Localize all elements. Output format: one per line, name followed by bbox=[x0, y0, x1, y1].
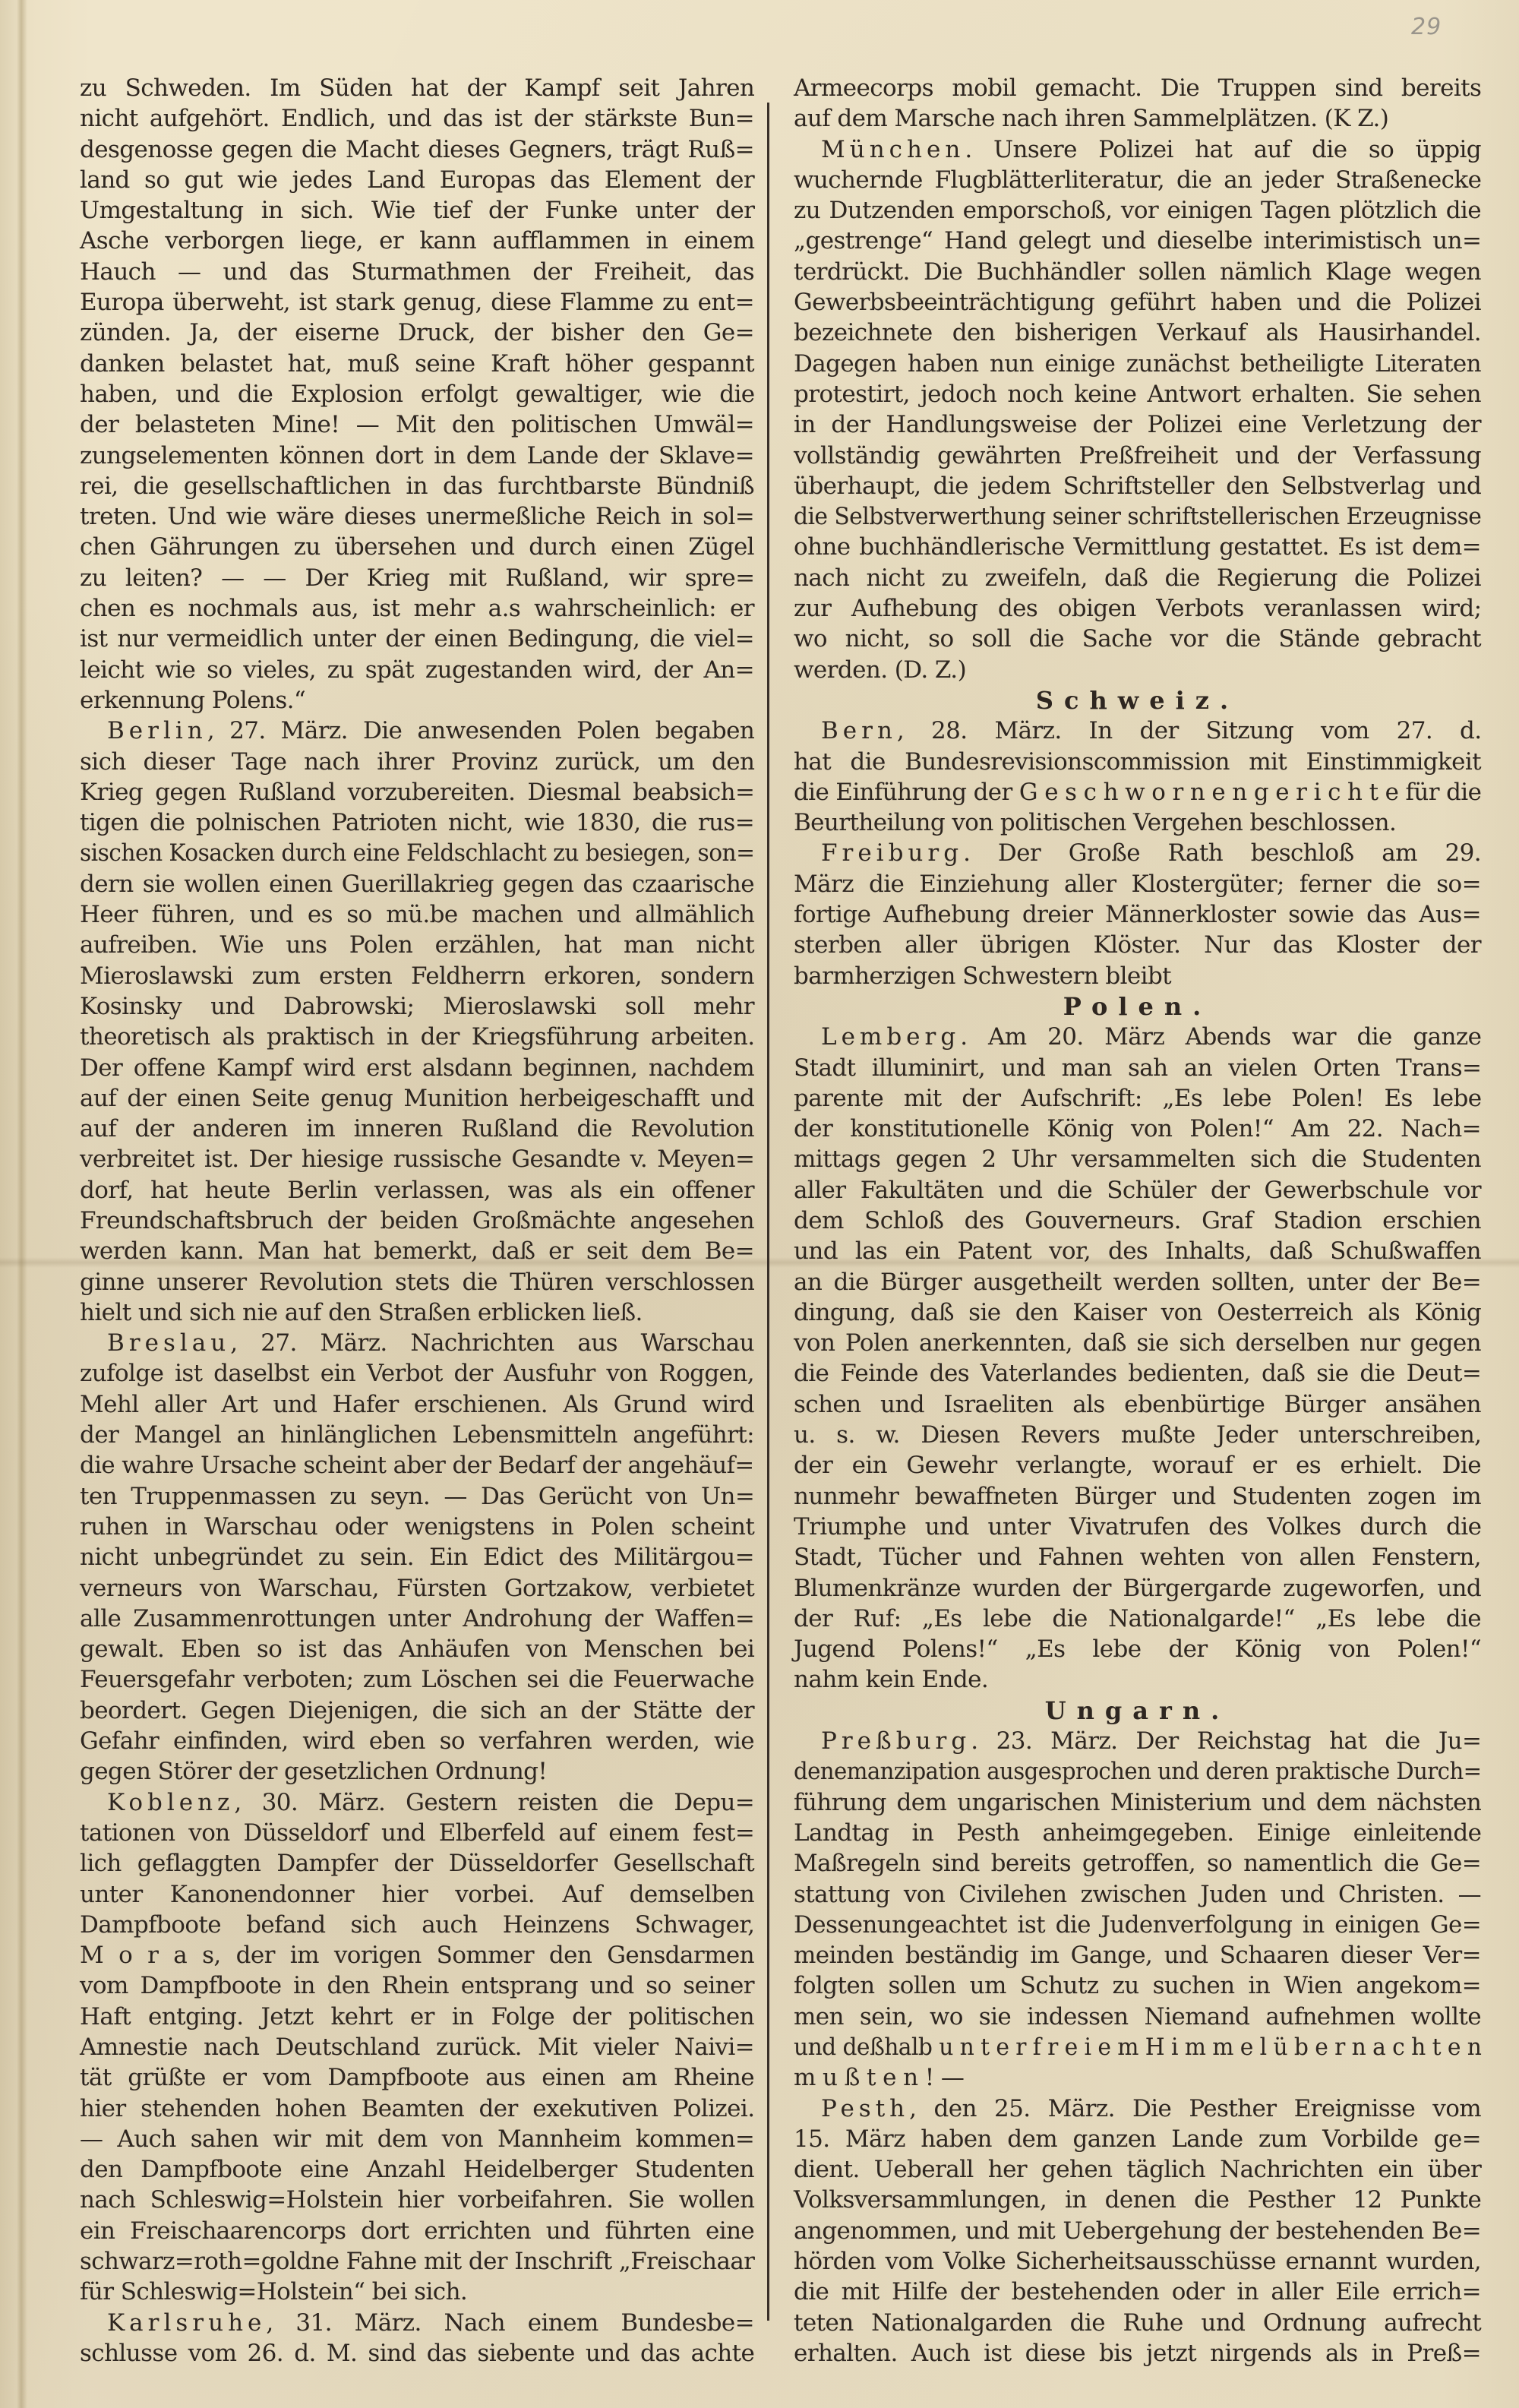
line-text: vom Dampfboote in den Rhein entsprang un… bbox=[80, 1972, 754, 1999]
text-line: überhaupt, die jedem Schriftsteller den … bbox=[794, 471, 1481, 501]
text-line: Volksversammlungen, in denen die Pesther… bbox=[794, 2185, 1481, 2215]
text-line: der ein Gewehr verlangte, worauf er es e… bbox=[794, 1450, 1481, 1481]
article-dateline: München. Unsere Polizei hat auf die so ü… bbox=[794, 134, 1481, 165]
column-divider-rule bbox=[767, 103, 769, 2321]
line-text: Haft entging. Jetzt kehrt er in Folge de… bbox=[80, 2003, 754, 2030]
line-text: dingung, daß sie den Kaiser von Oesterre… bbox=[794, 1299, 1481, 1326]
dateline-place: Bern bbox=[821, 717, 897, 744]
line-text: Kosinsky und Dabrowski; Mieroslawski sol… bbox=[80, 993, 754, 1020]
line-text: land so gut wie jedes Land Europas das E… bbox=[80, 166, 754, 194]
dateline-place: Lemberg bbox=[821, 1023, 960, 1051]
text-line: unter Kanonendonner hier vorbei. Auf dem… bbox=[80, 1879, 754, 1910]
line-text: zu Schweden. Im Süden hat der Kampf seit… bbox=[80, 74, 754, 102]
text-line: für Schleswig=Holstein“ bei sich. bbox=[80, 2277, 754, 2307]
article-dateline: Karlsruhe, 31. März. Nach einem Bundesbe… bbox=[80, 2308, 754, 2338]
left-text-column: zu Schweden. Im Süden hat der Kampf seit… bbox=[80, 73, 754, 2368]
line-text: ruhen in Warschau oder wenigstens in Pol… bbox=[80, 1513, 754, 1541]
line-text: Europa überweht, ist stark genug, diese … bbox=[80, 289, 754, 316]
text-line: Krieg gegen Rußland vorzubereiten. Diesm… bbox=[80, 777, 754, 807]
line-text: und las ein Patent vor, des Inhalts, daß… bbox=[794, 1237, 1481, 1265]
text-line: angenommen, und mit Uebergehung der best… bbox=[794, 2216, 1481, 2246]
text-line: Jugend Polens!“ „Es lebe der König von P… bbox=[794, 1634, 1481, 1664]
line-text: denemanzipation ausgesprochen und deren … bbox=[794, 1758, 1482, 1785]
text-line: zufolge ist daselbst ein Verbot der Ausf… bbox=[80, 1358, 754, 1389]
text-line: Haft entging. Jetzt kehrt er in Folge de… bbox=[80, 2002, 754, 2032]
text-line: März die Einziehung aller Klostergüter; … bbox=[794, 869, 1481, 899]
text-line: erhalten. Auch ist diese bis jetzt nirge… bbox=[794, 2338, 1481, 2368]
text-line: Kosinsky und Dabrowski; Mieroslawski sol… bbox=[80, 991, 754, 1022]
line-text: meinden beständig im Gange, und Schaaren… bbox=[794, 1942, 1481, 1969]
line-text: 15. März haben dem ganzen Lande zum Vorb… bbox=[794, 2125, 1481, 2153]
text-line: ginne unserer Revolution stets die Thüre… bbox=[80, 1267, 754, 1297]
line-text: Landtag in Pesth anheimgegeben. Einige e… bbox=[794, 1819, 1481, 1847]
text-line: erkennung Polens.“ bbox=[80, 685, 754, 716]
line-text: unter Kanonendonner hier vorbei. Auf dem… bbox=[80, 1881, 754, 1908]
dateline-place: Preßburg bbox=[821, 1727, 971, 1755]
text-line: teten Nationalgarden die Ruhe und Ordnun… bbox=[794, 2308, 1481, 2338]
text-line: zungselementen können dort in dem Lande … bbox=[80, 441, 754, 471]
text-line: parente mit der Aufschrift: „Es lebe Pol… bbox=[794, 1083, 1481, 1114]
line-text: Stadt, Tücher und Fahnen wehten von alle… bbox=[794, 1544, 1481, 1571]
text-line: die wahre Ursache scheint aber der Bedar… bbox=[80, 1450, 754, 1481]
text-line: nach Schleswig=Holstein hier vorbeifahre… bbox=[80, 2185, 754, 2215]
line-text: haben, und die Explosion erfolgt gewalti… bbox=[80, 381, 755, 408]
line-text: u. s. w. Diesen Revers mußte Jeder unter… bbox=[794, 1421, 1481, 1449]
line-text: rei, die gesellschaftlichen in das furch… bbox=[80, 472, 754, 500]
text-line: barmherzigen Schwestern bleibt bbox=[794, 961, 1481, 991]
text-line: zur Aufhebung des obigen Verbots veranla… bbox=[794, 593, 1481, 624]
line-text: Der offene Kampf wird erst alsdann begin… bbox=[80, 1054, 754, 1082]
text-line: haben, und die Explosion erfolgt gewalti… bbox=[80, 379, 754, 409]
line-text: , 27. März. Die anwesenden Polen begaben bbox=[207, 717, 754, 744]
line-text: chen es nochmals aus, ist mehr a.s wahrs… bbox=[80, 595, 754, 622]
line-text: parente mit der Aufschrift: „Es lebe Pol… bbox=[794, 1085, 1481, 1112]
line-text: schlusse vom 26. d. M. sind das siebente… bbox=[80, 2340, 754, 2367]
text-line: mittags gegen 2 Uhr versammelten sich di… bbox=[794, 1144, 1481, 1174]
line-text: der belasteten Mine! — Mit den politisch… bbox=[80, 411, 754, 438]
line-text: nicht unbegründet zu sein. Ein Edict des… bbox=[80, 1544, 754, 1571]
line-text: m u ß t e n ! — bbox=[794, 2064, 964, 2091]
line-text: Mehl aller Art und Hafer erschienen. Als… bbox=[80, 1391, 754, 1418]
dateline-place: Berlin bbox=[107, 717, 207, 744]
line-text: werden kann. Man hat bemerkt, daß er sei… bbox=[80, 1237, 754, 1265]
line-text: schen und Israeliten als ebenbürtige Bür… bbox=[794, 1391, 1481, 1418]
text-line: Triumphe und unter Vivatrufen des Volkes… bbox=[794, 1512, 1481, 1542]
text-line: tät grüßte er vom Dampfboote aus einen a… bbox=[80, 2062, 754, 2093]
text-line: stattung von Civilehen zwischen Juden un… bbox=[794, 1879, 1481, 1910]
line-text: März die Einziehung aller Klostergüter; … bbox=[794, 871, 1481, 898]
text-line: chen es nochmals aus, ist mehr a.s wahrs… bbox=[80, 593, 754, 624]
article-dateline: Koblenz, 30. März. Gestern reisten die D… bbox=[80, 1787, 754, 1818]
text-line: nahm kein Ende. bbox=[794, 1664, 1481, 1695]
line-text: angenommen, und mit Uebergehung der best… bbox=[794, 2217, 1481, 2245]
line-text: theoretisch als praktisch in der Kriegsf… bbox=[80, 1023, 755, 1051]
line-text: , 31. März. Nach einem Bundesbe= bbox=[266, 2309, 754, 2337]
text-line: nach nicht zu zweifeln, daß die Regierun… bbox=[794, 563, 1481, 593]
line-text: hielt und sich nie auf den Straßen erbli… bbox=[80, 1299, 643, 1326]
text-line: alle Zusammenrottungen unter Androhung d… bbox=[80, 1604, 754, 1634]
article-dateline: Breslau, 27. März. Nachrichten aus Warsc… bbox=[80, 1328, 754, 1358]
line-text: hörden vom Volke Sicherheitsausschüsse e… bbox=[794, 2248, 1481, 2275]
text-line: der Mangel an hinlänglichen Lebensmittel… bbox=[80, 1420, 754, 1450]
page-number: 29 bbox=[1411, 14, 1442, 40]
line-text: lich geflaggten Dampfer der Düsseldorfer… bbox=[80, 1850, 754, 1877]
line-text: schwarz=roth=goldne Fahne mit der Inschr… bbox=[80, 2248, 754, 2275]
line-text: Krieg gegen Rußland vorzubereiten. Diesm… bbox=[80, 779, 754, 806]
line-text: nach Schleswig=Holstein hier vorbeifahre… bbox=[80, 2186, 754, 2214]
line-text: auf dem Marsche nach ihren Sammelplätzen… bbox=[794, 105, 1388, 132]
line-text: „gestrenge“ Hand gelegt und dieselbe int… bbox=[794, 227, 1481, 254]
line-text: von Polen anerkennten, daß sie sich ders… bbox=[794, 1329, 1481, 1357]
text-line: tationen von Düsseldorf und Elberfeld au… bbox=[80, 1818, 754, 1848]
text-line: ein Freischaarencorps dort errichten und… bbox=[80, 2216, 754, 2246]
dateline-place: Pesth bbox=[821, 2095, 909, 2122]
text-line: Stadt, Tücher und Fahnen wehten von alle… bbox=[794, 1542, 1481, 1572]
dateline-place: Koblenz bbox=[107, 1789, 234, 1816]
text-line: zu Schweden. Im Süden hat der Kampf seit… bbox=[80, 73, 754, 103]
text-line: nicht unbegründet zu sein. Ein Edict des… bbox=[80, 1542, 754, 1572]
line-text: . Der Große Rath beschloß am 29. bbox=[963, 839, 1481, 867]
line-text: auf der einen Seite genug Munition herbe… bbox=[80, 1085, 754, 1112]
text-line: rei, die gesellschaftlichen in das furch… bbox=[80, 471, 754, 501]
text-line: vollständig gewährten Preßfreiheit und d… bbox=[794, 441, 1481, 471]
line-text: ein Freischaarencorps dort errichten und… bbox=[80, 2217, 754, 2245]
text-line: M o r a s, der im vorigen Sommer den Gen… bbox=[80, 1940, 754, 1970]
line-text: chen Gährungen zu übersehen und durch ei… bbox=[80, 533, 754, 561]
line-text: men sein, wo sie indessen Niemand aufneh… bbox=[794, 2003, 1481, 2030]
line-text: der ein Gewehr verlangte, worauf er es e… bbox=[794, 1452, 1481, 1479]
line-text: Heer führen, und es so mü.be machen und … bbox=[80, 901, 754, 928]
line-text: zufolge ist daselbst ein Verbot der Ausf… bbox=[80, 1360, 754, 1387]
text-line: auf dem Marsche nach ihren Sammelplätzen… bbox=[794, 103, 1481, 134]
line-text: für Schleswig=Holstein“ bei sich. bbox=[80, 2278, 467, 2305]
line-text: zungselementen können dort in dem Lande … bbox=[80, 442, 754, 469]
line-text: Mieroslawski zum ersten Feldherrn erkore… bbox=[80, 962, 754, 990]
line-text: fortige Aufhebung dreier Männerkloster s… bbox=[794, 901, 1481, 928]
line-text: . Am 20. März Abends war die ganze bbox=[960, 1023, 1481, 1051]
line-text: dorf, hat heute Berlin verlassen, was al… bbox=[80, 1177, 754, 1204]
line-text: vollständig gewährten Preßfreiheit und d… bbox=[794, 442, 1481, 469]
line-text: überhaupt, die jedem Schriftsteller den … bbox=[794, 472, 1481, 500]
text-line: und deßhalb u n t e r f r e i e m H i m … bbox=[794, 2032, 1481, 2062]
text-line: Blumenkränze wurden der Bürgergarde zuge… bbox=[794, 1573, 1481, 1604]
line-text: zu leiten? — — Der Krieg mit Rußland, wi… bbox=[80, 564, 755, 592]
text-line: Dagegen haben nun einige zunächst bethei… bbox=[794, 349, 1481, 379]
text-line: zu leiten? — — Der Krieg mit Rußland, wi… bbox=[80, 563, 754, 593]
text-line: der konstitutionelle König von Polen!“ A… bbox=[794, 1114, 1481, 1144]
line-text: an die Bürger ausgetheilt werden sollten… bbox=[794, 1269, 1481, 1296]
line-text: der Ruf: „Es lebe die Nationalgarde!“ „E… bbox=[794, 1605, 1481, 1632]
article-dateline: Bern, 28. März. In der Sitzung vom 27. d… bbox=[794, 716, 1481, 746]
text-line: ten Truppenmassen zu seyn. — Das Gerücht… bbox=[80, 1481, 754, 1512]
text-line: verbreitet ist. Der hiesige russische Ge… bbox=[80, 1144, 754, 1174]
line-text: Volksversammlungen, in denen die Pesther… bbox=[794, 2186, 1481, 2214]
text-line: tigen die polnischen Patrioten nicht, wi… bbox=[80, 807, 754, 838]
text-line: gewalt. Eben so ist das Anhäufen von Men… bbox=[80, 1634, 754, 1664]
text-line: ruhen in Warschau oder wenigstens in Pol… bbox=[80, 1512, 754, 1542]
line-text: . 23. März. Der Reichstag hat die Ju= bbox=[971, 1727, 1481, 1755]
line-text: danken belastet hat, muß seine Kraft höh… bbox=[80, 350, 754, 378]
text-line: aufreiben. Wie uns Polen erzählen, hat m… bbox=[80, 930, 754, 960]
line-text: , 28. März. In der Sitzung vom 27. d. bbox=[897, 717, 1482, 744]
text-line: in der Handlungsweise der Polizei eine V… bbox=[794, 409, 1481, 440]
line-text: gewalt. Eben so ist das Anhäufen von Men… bbox=[80, 1635, 754, 1663]
line-text: nach nicht zu zweifeln, daß die Regierun… bbox=[794, 564, 1481, 592]
section-heading: Schweiz. bbox=[794, 685, 1481, 716]
line-text: die mit Hilfe der bestehenden oder in al… bbox=[794, 2278, 1481, 2305]
text-line: hielt und sich nie auf den Straßen erbli… bbox=[80, 1297, 754, 1328]
line-text: zu Dutzenden emporschoß, vor einigen Tag… bbox=[794, 197, 1481, 224]
text-line: auf der anderen im inneren Rußland die R… bbox=[80, 1114, 754, 1144]
text-line: Amnestie nach Deutschland zurück. Mit vi… bbox=[80, 2032, 754, 2062]
line-text: Amnestie nach Deutschland zurück. Mit vi… bbox=[80, 2034, 754, 2061]
line-text: nunmehr bewaffneten Bürger und Studenten… bbox=[794, 1483, 1481, 1510]
line-text: wo nicht, so soll die Sache vor die Stän… bbox=[794, 625, 1481, 653]
line-text: Blumenkränze wurden der Bürgergarde zuge… bbox=[794, 1575, 1481, 1602]
right-text-column: Armeecorps mobil gemacht. Die Truppen si… bbox=[794, 73, 1481, 2368]
text-line: schlusse vom 26. d. M. sind das siebente… bbox=[80, 2338, 754, 2368]
section-heading: Polen. bbox=[794, 991, 1481, 1022]
line-text: Dampfboote befand sich auch Heinzens Sch… bbox=[80, 1911, 754, 1939]
line-text: terdrückt. Die Buchhändler sollen nämlic… bbox=[794, 258, 1481, 286]
text-line: Dampfboote befand sich auch Heinzens Sch… bbox=[80, 1910, 754, 1940]
text-line: folgten sollen um Schutz zu suchen in Wi… bbox=[794, 1970, 1481, 2001]
text-line: fortige Aufhebung dreier Männerkloster s… bbox=[794, 899, 1481, 930]
text-line: u. s. w. Diesen Revers mußte Jeder unter… bbox=[794, 1420, 1481, 1450]
text-line: zu Dutzenden emporschoß, vor einigen Tag… bbox=[794, 195, 1481, 226]
article-dateline: Berlin, 27. März. Die anwesenden Polen b… bbox=[80, 716, 754, 746]
text-line: — Auch sahen wir mit dem von Mannheim ko… bbox=[80, 2124, 754, 2154]
text-line: Armeecorps mobil gemacht. Die Truppen si… bbox=[794, 73, 1481, 103]
section-heading: Ungarn. bbox=[794, 1695, 1481, 1726]
line-text: erkennung Polens.“ bbox=[80, 687, 305, 714]
article-dateline: Freiburg. Der Große Rath beschloß am 29. bbox=[794, 838, 1481, 868]
text-line: dern sie wollen einen Guerillakrieg gege… bbox=[80, 869, 754, 899]
text-line: an die Bürger ausgetheilt werden sollten… bbox=[794, 1267, 1481, 1297]
line-text: gegen Störer der gesetzlichen Ordnung! bbox=[80, 1758, 547, 1785]
line-text: der Mangel an hinlänglichen Lebensmittel… bbox=[80, 1421, 754, 1449]
text-line: 15. März haben dem ganzen Lande zum Vorb… bbox=[794, 2124, 1481, 2154]
line-text: der konstitutionelle König von Polen!“ A… bbox=[794, 1115, 1481, 1142]
line-text: beordert. Gegen Diejenigen, die sich an … bbox=[80, 1697, 754, 1724]
text-line: und las ein Patent vor, des Inhalts, daß… bbox=[794, 1236, 1481, 1266]
text-line: hörden vom Volke Sicherheitsausschüsse e… bbox=[794, 2246, 1481, 2277]
text-line: dem Schloß des Gouverneurs. Graf Stadion… bbox=[794, 1206, 1481, 1236]
line-text: zünden. Ja, der eiserne Druck, der bishe… bbox=[80, 319, 754, 346]
line-text: Armeecorps mobil gemacht. Die Truppen si… bbox=[794, 74, 1481, 102]
line-text: Maßregeln sind bereits getroffen, so nam… bbox=[794, 1850, 1481, 1877]
line-text: hat die Bundesrevisionscommission mit Ei… bbox=[794, 748, 1481, 776]
line-text: dient. Ueberall her gehen täglich Nachri… bbox=[794, 2156, 1481, 2183]
line-text: erhalten. Auch ist diese bis jetzt nirge… bbox=[794, 2340, 1481, 2367]
line-text: nahm kein Ende. bbox=[794, 1666, 988, 1693]
text-line: Dessenungeachtet ist die Judenverfolgung… bbox=[794, 1910, 1481, 1940]
text-line: lich geflaggten Dampfer der Düsseldorfer… bbox=[80, 1848, 754, 1879]
text-line: terdrückt. Die Buchhändler sollen nämlic… bbox=[794, 257, 1481, 287]
text-line: Beurtheilung von politischen Vergehen be… bbox=[794, 807, 1481, 838]
text-line: Landtag in Pesth anheimgegeben. Einige e… bbox=[794, 1818, 1481, 1848]
text-line: men sein, wo sie indessen Niemand aufneh… bbox=[794, 2002, 1481, 2032]
line-text: dern sie wollen einen Guerillakrieg gege… bbox=[80, 871, 754, 898]
text-line: sischen Kosacken durch eine Feldschlacht… bbox=[80, 838, 754, 868]
line-text: in der Handlungsweise der Polizei eine V… bbox=[794, 411, 1481, 438]
line-text: M o r a s, der im vorigen Sommer den Gen… bbox=[80, 1942, 754, 1969]
line-text: wuchernde Flugblätterliteratur, die an j… bbox=[794, 166, 1481, 194]
line-text: Feuersgefahr verboten; zum Löschen sei d… bbox=[80, 1666, 754, 1693]
line-text: verneurs von Warschau, Fürsten Gortzakow… bbox=[80, 1575, 754, 1602]
line-text: sischen Kosacken durch eine Feldschlacht… bbox=[80, 839, 754, 867]
text-line: meinden beständig im Gange, und Schaaren… bbox=[794, 1940, 1481, 1970]
text-line: Hauch — und das Sturmathmen der Freiheit… bbox=[80, 257, 754, 287]
text-line: schen und Israeliten als ebenbürtige Bür… bbox=[794, 1389, 1481, 1420]
line-text: , 27. März. Nachrichten aus Warschau bbox=[230, 1329, 754, 1357]
text-line: sich dieser Tage nach ihrer Provinz zurü… bbox=[80, 747, 754, 777]
text-line: hat die Bundesrevisionscommission mit Ei… bbox=[794, 747, 1481, 777]
line-text: Dessenungeachtet ist die Judenverfolgung… bbox=[794, 1911, 1481, 1939]
text-line: treten. Und wie wäre dieses unermeßliche… bbox=[80, 501, 754, 532]
text-line: Gefahr einfinden, wird eben so verfahren… bbox=[80, 1726, 754, 1756]
line-text: aller Fakultäten und die Schüler der Gew… bbox=[794, 1177, 1481, 1204]
line-text: dem Schloß des Gouverneurs. Graf Stadion… bbox=[794, 1207, 1481, 1234]
line-text: aufreiben. Wie uns Polen erzählen, hat m… bbox=[80, 931, 754, 959]
text-line: Asche verborgen liege, er kann aufflamme… bbox=[80, 226, 754, 256]
text-line: führung dem ungarischen Ministerium und … bbox=[794, 1787, 1481, 1818]
text-line: Europa überweht, ist stark genug, diese … bbox=[80, 287, 754, 318]
text-line: werden. (D. Z.) bbox=[794, 655, 1481, 685]
text-line: land so gut wie jedes Land Europas das E… bbox=[80, 165, 754, 195]
line-text: ginne unserer Revolution stets die Thüre… bbox=[80, 1269, 754, 1296]
line-text: verbreitet ist. Der hiesige russische Ge… bbox=[80, 1146, 754, 1173]
text-line: m u ß t e n ! — bbox=[794, 2062, 1481, 2093]
line-text: sterben aller übrigen Klöster. Nur das K… bbox=[794, 931, 1481, 959]
line-text: Beurtheilung von politischen Vergehen be… bbox=[794, 809, 1396, 836]
text-line: Freundschaftsbruch der beiden Großmächte… bbox=[80, 1206, 754, 1236]
text-line: zünden. Ja, der eiserne Druck, der bishe… bbox=[80, 318, 754, 348]
line-text: führung dem ungarischen Ministerium und … bbox=[794, 1789, 1481, 1816]
article-dateline: Pesth, den 25. März. Die Pesther Ereigni… bbox=[794, 2094, 1481, 2124]
line-text: nicht aufgehört. Endlich, und das ist de… bbox=[80, 105, 754, 132]
line-text: mittags gegen 2 Uhr versammelten sich di… bbox=[794, 1146, 1481, 1173]
line-text: barmherzigen Schwestern bleibt bbox=[794, 962, 1171, 990]
line-text: ohne buchhändlerische Vermittlung gestat… bbox=[794, 533, 1481, 561]
text-line: dient. Ueberall her gehen täglich Nachri… bbox=[794, 2154, 1481, 2185]
line-text: zur Aufhebung des obigen Verbots veranla… bbox=[794, 595, 1481, 622]
line-text: Umgestaltung in sich. Wie tief der Funke… bbox=[80, 197, 754, 224]
line-text: den Dampfboote eine Anzahl Heidelberger … bbox=[80, 2156, 754, 2183]
text-line: wo nicht, so soll die Sache vor die Stän… bbox=[794, 624, 1481, 654]
text-line: protestirt, jedoch noch keine Antwort er… bbox=[794, 379, 1481, 409]
text-line: sterben aller übrigen Klöster. Nur das K… bbox=[794, 930, 1481, 960]
dateline-place: Freiburg bbox=[821, 839, 963, 867]
text-line: die mit Hilfe der bestehenden oder in al… bbox=[794, 2277, 1481, 2307]
text-line: aller Fakultäten und die Schüler der Gew… bbox=[794, 1175, 1481, 1206]
line-text: Stadt illuminirt, und man sah an vielen … bbox=[794, 1054, 1481, 1082]
text-line: die Selbstverwerthung seiner schriftstel… bbox=[794, 501, 1481, 532]
text-line: theoretisch als praktisch in der Kriegsf… bbox=[80, 1022, 754, 1052]
line-text: und deßhalb u n t e r f r e i e m H i m … bbox=[794, 2034, 1481, 2061]
line-text: hier stehenden hohen Beamten der exekuti… bbox=[80, 2095, 754, 2122]
line-text: sich dieser Tage nach ihrer Provinz zurü… bbox=[80, 748, 754, 776]
text-line: werden kann. Man hat bemerkt, daß er sei… bbox=[80, 1236, 754, 1266]
dateline-place: Breslau bbox=[107, 1329, 230, 1357]
text-line: dingung, daß sie den Kaiser von Oesterre… bbox=[794, 1297, 1481, 1328]
text-line: Mehl aller Art und Hafer erschienen. Als… bbox=[80, 1389, 754, 1420]
text-line: Gewerbsbeeinträchtigung geführt haben un… bbox=[794, 287, 1481, 318]
text-line: desgenosse gegen die Macht dieses Gegner… bbox=[80, 134, 754, 165]
text-line: der Ruf: „Es lebe die Nationalgarde!“ „E… bbox=[794, 1604, 1481, 1634]
line-text: , 30. März. Gestern reisten die Depu= bbox=[234, 1789, 754, 1816]
line-text: protestirt, jedoch noch keine Antwort er… bbox=[794, 381, 1481, 408]
line-text: tät grüßte er vom Dampfboote aus einen a… bbox=[80, 2064, 754, 2091]
line-text: tationen von Düsseldorf und Elberfeld au… bbox=[80, 1819, 754, 1847]
line-text: stattung von Civilehen zwischen Juden un… bbox=[794, 1881, 1481, 1908]
text-line: auf der einen Seite genug Munition herbe… bbox=[80, 1083, 754, 1114]
text-line: hier stehenden hohen Beamten der exekuti… bbox=[80, 2094, 754, 2124]
line-text: Gefahr einfinden, wird eben so verfahren… bbox=[80, 1727, 754, 1755]
line-text: tigen die polnischen Patrioten nicht, wi… bbox=[80, 809, 754, 836]
text-line: Der offene Kampf wird erst alsdann begin… bbox=[80, 1053, 754, 1083]
text-line: nunmehr bewaffneten Bürger und Studenten… bbox=[794, 1481, 1481, 1512]
line-text: alle Zusammenrottungen unter Androhung d… bbox=[80, 1605, 754, 1632]
text-line: denemanzipation ausgesprochen und deren … bbox=[794, 1756, 1481, 1787]
line-text: . Unsere Polizei hat auf die so üppig bbox=[965, 136, 1481, 163]
line-text: ist nur vermeidlich unter der einen Bedi… bbox=[80, 625, 754, 653]
article-dateline: Preßburg. 23. März. Der Reichstag hat di… bbox=[794, 1726, 1481, 1756]
line-text: werden. (D. Z.) bbox=[794, 656, 966, 684]
text-line: Mieroslawski zum ersten Feldherrn erkore… bbox=[80, 961, 754, 991]
text-line: chen Gährungen zu übersehen und durch ei… bbox=[80, 532, 754, 562]
text-line: Maßregeln sind bereits getroffen, so nam… bbox=[794, 1848, 1481, 1879]
line-text: Freundschaftsbruch der beiden Großmächte… bbox=[80, 1207, 754, 1234]
text-line: wuchernde Flugblätterliteratur, die an j… bbox=[794, 165, 1481, 195]
line-text: treten. Und wie wäre dieses unermeßliche… bbox=[80, 503, 754, 530]
text-line: Stadt illuminirt, und man sah an vielen … bbox=[794, 1053, 1481, 1083]
line-text: teten Nationalgarden die Ruhe und Ordnun… bbox=[794, 2309, 1481, 2337]
text-line: ohne buchhändlerische Vermittlung gestat… bbox=[794, 532, 1481, 562]
text-line: bezeichnete den bisherigen Verkauf als H… bbox=[794, 318, 1481, 348]
text-line: schwarz=roth=goldne Fahne mit der Inschr… bbox=[80, 2246, 754, 2277]
line-text: Jugend Polens!“ „Es lebe der König von P… bbox=[794, 1635, 1481, 1663]
line-text: desgenosse gegen die Macht dieses Gegner… bbox=[80, 136, 754, 163]
text-line: Umgestaltung in sich. Wie tief der Funke… bbox=[80, 195, 754, 226]
text-line: beordert. Gegen Diejenigen, die sich an … bbox=[80, 1695, 754, 1726]
text-line: ist nur vermeidlich unter der einen Bedi… bbox=[80, 624, 754, 654]
line-text: die Selbstverwerthung seiner schriftstel… bbox=[794, 503, 1481, 530]
line-text: folgten sollen um Schutz zu suchen in Wi… bbox=[794, 1972, 1481, 1999]
text-line: gegen Störer der gesetzlichen Ordnung! bbox=[80, 1756, 754, 1787]
text-line: dorf, hat heute Berlin verlassen, was al… bbox=[80, 1175, 754, 1206]
text-line: die Feinde des Vaterlandes bedienten, da… bbox=[794, 1358, 1481, 1389]
text-line: Feuersgefahr verboten; zum Löschen sei d… bbox=[80, 1664, 754, 1695]
line-text: die wahre Ursache scheint aber der Bedar… bbox=[80, 1452, 754, 1479]
text-line: verneurs von Warschau, Fürsten Gortzakow… bbox=[80, 1573, 754, 1604]
text-line: Heer führen, und es so mü.be machen und … bbox=[80, 899, 754, 930]
line-text: auf der anderen im inneren Rußland die R… bbox=[80, 1115, 754, 1142]
line-text: die Einführung der G e s c h w o r n e n… bbox=[794, 779, 1481, 806]
text-line: „gestrenge“ Hand gelegt und dieselbe int… bbox=[794, 226, 1481, 256]
dateline-place: München bbox=[821, 136, 965, 163]
line-text: — Auch sahen wir mit dem von Mannheim ko… bbox=[80, 2125, 754, 2153]
text-line: vom Dampfboote in den Rhein entsprang un… bbox=[80, 1970, 754, 2001]
line-text: leicht wie so vieles, zu spät zugestande… bbox=[80, 656, 754, 684]
line-text: , den 25. März. Die Pesther Ereignisse v… bbox=[909, 2095, 1481, 2122]
line-text: Dagegen haben nun einige zunächst bethei… bbox=[794, 350, 1481, 378]
line-text: Triumphe und unter Vivatrufen des Volkes… bbox=[794, 1513, 1481, 1541]
line-text: die Feinde des Vaterlandes bedienten, da… bbox=[794, 1360, 1481, 1387]
text-line: der belasteten Mine! — Mit den politisch… bbox=[80, 409, 754, 440]
text-line: die Einführung der G e s c h w o r n e n… bbox=[794, 777, 1481, 807]
line-text: bezeichnete den bisherigen Verkauf als H… bbox=[794, 319, 1481, 346]
